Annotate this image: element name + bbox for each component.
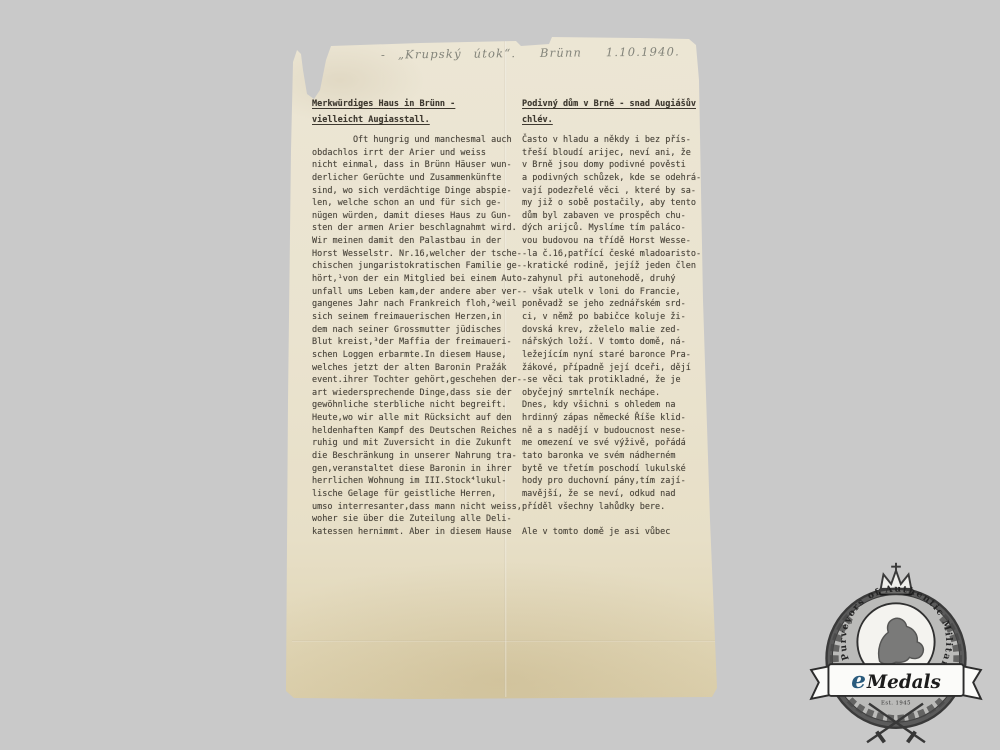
text-line: nářských loží. V tomto domě, ná- (522, 336, 701, 349)
text-line: dých arijců. Myslíme tím paláco- (522, 222, 701, 235)
text-line: tato baronka ve svém nádherném (522, 450, 701, 463)
text-line: třeší bloudí arijec, neví ani, že (522, 147, 701, 160)
czech-heading-line: Podivný dům v Brně - snad Augiášův (522, 97, 696, 113)
text-line: heldenhaften Kampf des Deutschen Reiches (312, 425, 527, 438)
text-line: -kratické rodině, jejíž jeden člen (522, 260, 701, 273)
text-line: derlicher Gerüchte und Zusammenkünfte (312, 172, 527, 185)
text-line: umso interresanter,dass mann nicht weiss… (312, 501, 527, 514)
text-line: -se věci tak protikladné, že je (522, 374, 701, 387)
text-line: obyčejný smrtelník nechápe. (522, 387, 701, 400)
text-line: Heute,wo wir alle mit Rücksicht auf den (312, 412, 527, 425)
text-line: herrlichen Wohnung im III.Stock⁴lukul- (312, 475, 527, 488)
text-line: ně a s nadějí v budoucnost nese- (522, 425, 701, 438)
text-line: sten der armen Arier beschlagnahmt wird. (312, 222, 527, 235)
text-line: Oft hungrig und manchesmal auch (312, 134, 527, 147)
text-line: příděl všechny lahůdky bere. (522, 501, 701, 514)
german-column-body: Oft hungrig und manchesmal auchobdachlos… (312, 134, 527, 539)
text-line: gewöhnliche sterbliche nicht begreift. (312, 399, 527, 412)
text-line: vou budovou na třídě Horst Wesse- (522, 235, 701, 248)
text-line: schen Loggen erbarmte.In diesem Hause, (312, 349, 527, 362)
horizontal-fold-crease (292, 640, 716, 642)
czech-heading-line: chlév. (522, 113, 696, 129)
text-line: event.ihrer Tochter gehört,geschehen der… (312, 374, 527, 387)
photo-stage: - „Krupský útok“. Brünn 1.10.1940. Merkw… (0, 0, 1000, 750)
text-line: unfall ums Leben kam,der andere aber ver… (312, 286, 527, 299)
text-line: len, welche schon an und für sich ge- (312, 197, 527, 210)
german-heading-line: vielleicht Augiasstall. (312, 113, 455, 129)
text-line: - však utelk v loni do Francie, (522, 286, 701, 299)
text-line: gen,veranstaltet diese Baronin in ihrer (312, 463, 527, 476)
text-line: Horst Wesselstr. Nr.16,welcher der tsche… (312, 248, 527, 261)
text-line: dovská krev, zželelo malie zed- (522, 324, 701, 337)
text-line: poněvadž se jeho zednářském srd- (522, 298, 701, 311)
text-line: die Beschränkung in unserer Nahrung tra- (312, 450, 527, 463)
established-text: Est. 1945 (881, 701, 911, 707)
text-line: -zahynul při autonehodě, druhý (522, 273, 701, 286)
text-line: a podivných schůzek, kde se odehrá- (522, 172, 701, 185)
text-line: žákové, případně její dceři, dějí (522, 362, 701, 375)
text-line: Dnes, kdy všichni s ohledem na (522, 399, 701, 412)
text-line: nicht einmal, dass in Brünn Häuser wun- (312, 159, 527, 172)
text-line: hody pro duchovní pány,tím zají- (522, 475, 701, 488)
text-line: dům byl zabaven ve prospěch chu- (522, 210, 701, 223)
text-line (522, 513, 701, 526)
text-line: obdachlos irrt der Arier und weiss (312, 147, 527, 160)
text-line: v Brně jsou domy podivné pověsti (522, 159, 701, 172)
text-line: Wir meinen damit den Palastbau in der (312, 235, 527, 248)
czech-heading: Podivný dům v Brně - snad Augiášův chlév… (522, 97, 696, 128)
text-line: hrdinný zápas německé Říše klid- (522, 412, 701, 425)
czech-column-body: Často v hladu a někdy i bez přís-třeší b… (522, 134, 701, 539)
text-line: gangenes Jahr nach Frankreich floh,²weil (312, 298, 527, 311)
text-line: katessen hernimmt. Aber in diesem Hause (312, 526, 527, 539)
emedals-badge-icon: Purveyors of Authentic Militaria eMedals… (797, 557, 995, 750)
text-line: bytě ve třetím poschodí lukulské (522, 463, 701, 476)
text-line: -la č.16,patřící české mladoaristo- (522, 248, 701, 261)
text-line: my již o sobě postačily, aby tento (522, 197, 701, 210)
text-line: sich seinem freimauerischen Herzen,in (312, 311, 527, 324)
text-line: sind, wo sich verdächtige Dinge abspie- (312, 185, 527, 198)
text-line: chischen jungaristokratischen Familie ge… (312, 260, 527, 273)
text-line: Blut kreist,³der Maffia der freimaueri- (312, 336, 527, 349)
text-line: art wiedersprechende Dinge,dass sie der (312, 387, 527, 400)
text-line: nügen würden, damit dieses Haus zu Gun- (312, 210, 527, 223)
german-heading: Merkwürdiges Haus in Brünn - vielleicht … (312, 97, 455, 128)
german-heading-line: Merkwürdiges Haus in Brünn - (312, 97, 455, 113)
text-line: dem nach seiner Grossmutter jüdisches (312, 324, 527, 337)
text-line: woher sie über die Zuteilung alle Deli- (312, 513, 527, 526)
text-line: ci, v němž po babičce koluje ži- (522, 311, 701, 324)
text-line: welches jetzt der alten Baronin Pražák (312, 362, 527, 375)
text-line: me omezení ve své výživě, pořádá (522, 437, 701, 450)
text-line: mavější, že se neví, odkud nad (522, 488, 701, 501)
text-line: hört,¹von der ein Mitglied bei einem Aut… (312, 273, 527, 286)
text-line: ruhig und mit Zuversicht in die Zukunft (312, 437, 527, 450)
text-line: lische Gelage für geistliche Herren, (312, 488, 527, 501)
text-line: ležejícím nyní staré baronce Pra- (522, 349, 701, 362)
text-line: Často v hladu a někdy i bez přís- (522, 134, 701, 147)
text-line: vají podezřelé věci , které by sa- (522, 185, 701, 198)
brand-wordmark: eMedals (851, 667, 941, 694)
text-line: Ale v tomto domě je asi vůbec (522, 526, 701, 539)
emedals-watermark-logo: Purveyors of Authentic Militaria eMedals… (797, 557, 995, 750)
